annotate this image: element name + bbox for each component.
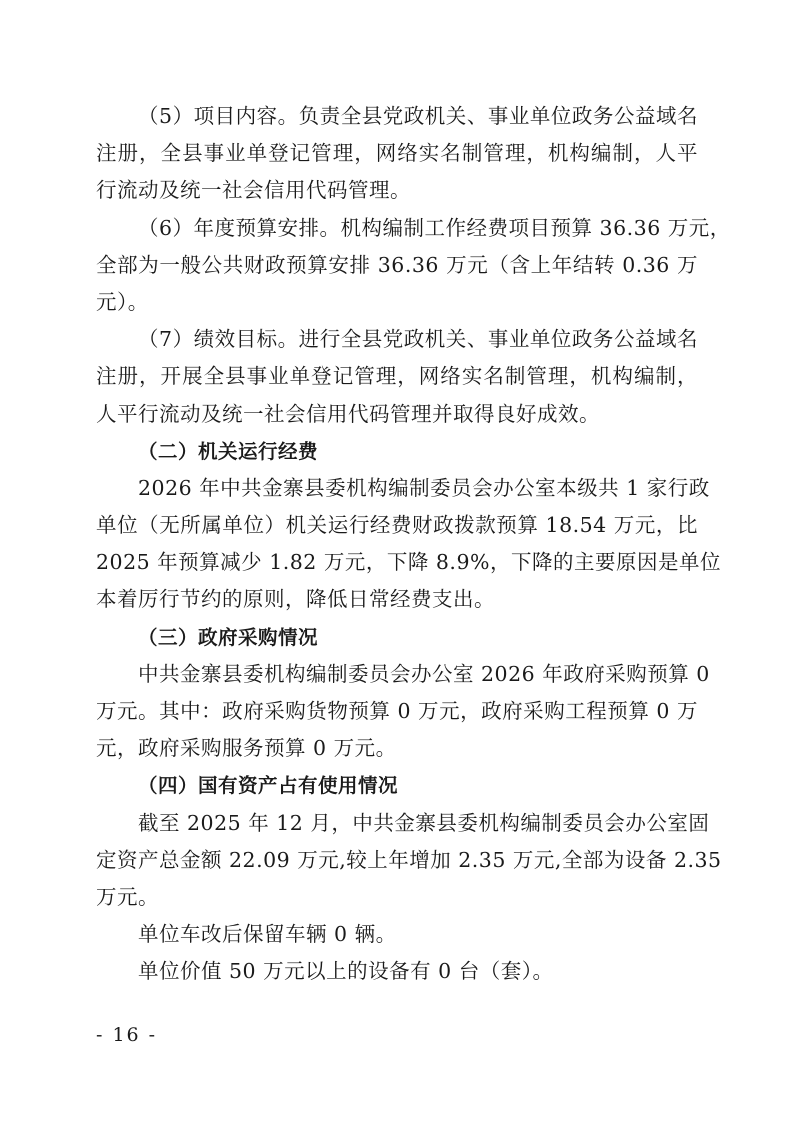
- paragraph-line: 本着厉行节约的原则，降低日常经费支出。: [96, 581, 698, 618]
- document-page: （5）项目内容。负责全县党政机关、事业单位政务公益域名 注册，全县事业单登记管理…: [96, 98, 698, 991]
- paragraph-line: 元，政府采购服务预算 0 万元。: [96, 730, 698, 767]
- paragraph-line: 中共金寨县委机构编制委员会办公室 2026 年政府采购预算 0: [96, 656, 698, 693]
- paragraph-line: （6）年度预算安排。机构编制工作经费项目预算 36.36 万元，: [96, 210, 698, 247]
- section-heading: （四）国有资产占有使用情况: [96, 767, 698, 804]
- paragraph-line: 全部为一般公共财政预算安排 36.36 万元（含上年结转 0.36 万: [96, 247, 698, 284]
- paragraph-line: （5）项目内容。负责全县党政机关、事业单位政务公益域名: [96, 98, 698, 135]
- paragraph-line: 单位价值 50 万元以上的设备有 0 台（套）。: [96, 953, 698, 990]
- paragraph-line: 万元。其中：政府采购货物预算 0 万元，政府采购工程预算 0 万: [96, 693, 698, 730]
- paragraph-line: 2026 年中共金寨县委机构编制委员会办公室本级共 1 家行政: [96, 470, 698, 507]
- paragraph-line: 行流动及统一社会信用代码管理。: [96, 172, 698, 209]
- paragraph-line: 单位车改后保留车辆 0 辆。: [96, 916, 698, 953]
- paragraph-line: 元）。: [96, 284, 698, 321]
- paragraph-line: 单位（无所属单位）机关运行经费财政拨款预算 18.54 万元，比: [96, 507, 698, 544]
- section-heading: （三）政府采购情况: [96, 619, 698, 656]
- paragraph-line: 截至 2025 年 12 月，中共金寨县委机构编制委员会办公室固: [96, 805, 698, 842]
- paragraph-line: 定资产总金额 22.09 万元,较上年增加 2.35 万元,全部为设备 2.35: [96, 842, 698, 879]
- paragraph-line: 万元。: [96, 879, 698, 916]
- paragraph-line: 注册，全县事业单登记管理，网络实名制管理，机构编制，人平: [96, 135, 698, 172]
- paragraph-line: （7）绩效目标。进行全县党政机关、事业单位政务公益域名: [96, 321, 698, 358]
- paragraph-line: 人平行流动及统一社会信用代码管理并取得良好成效。: [96, 396, 698, 433]
- paragraph-line: 2025 年预算减少 1.82 万元，下降 8.9%，下降的主要原因是单位: [96, 544, 698, 581]
- page-number: - 16 -: [96, 1024, 157, 1046]
- paragraph-line: 注册，开展全县事业单登记管理，网络实名制管理，机构编制，: [96, 358, 698, 395]
- section-heading: （二）机关运行经费: [96, 433, 698, 470]
